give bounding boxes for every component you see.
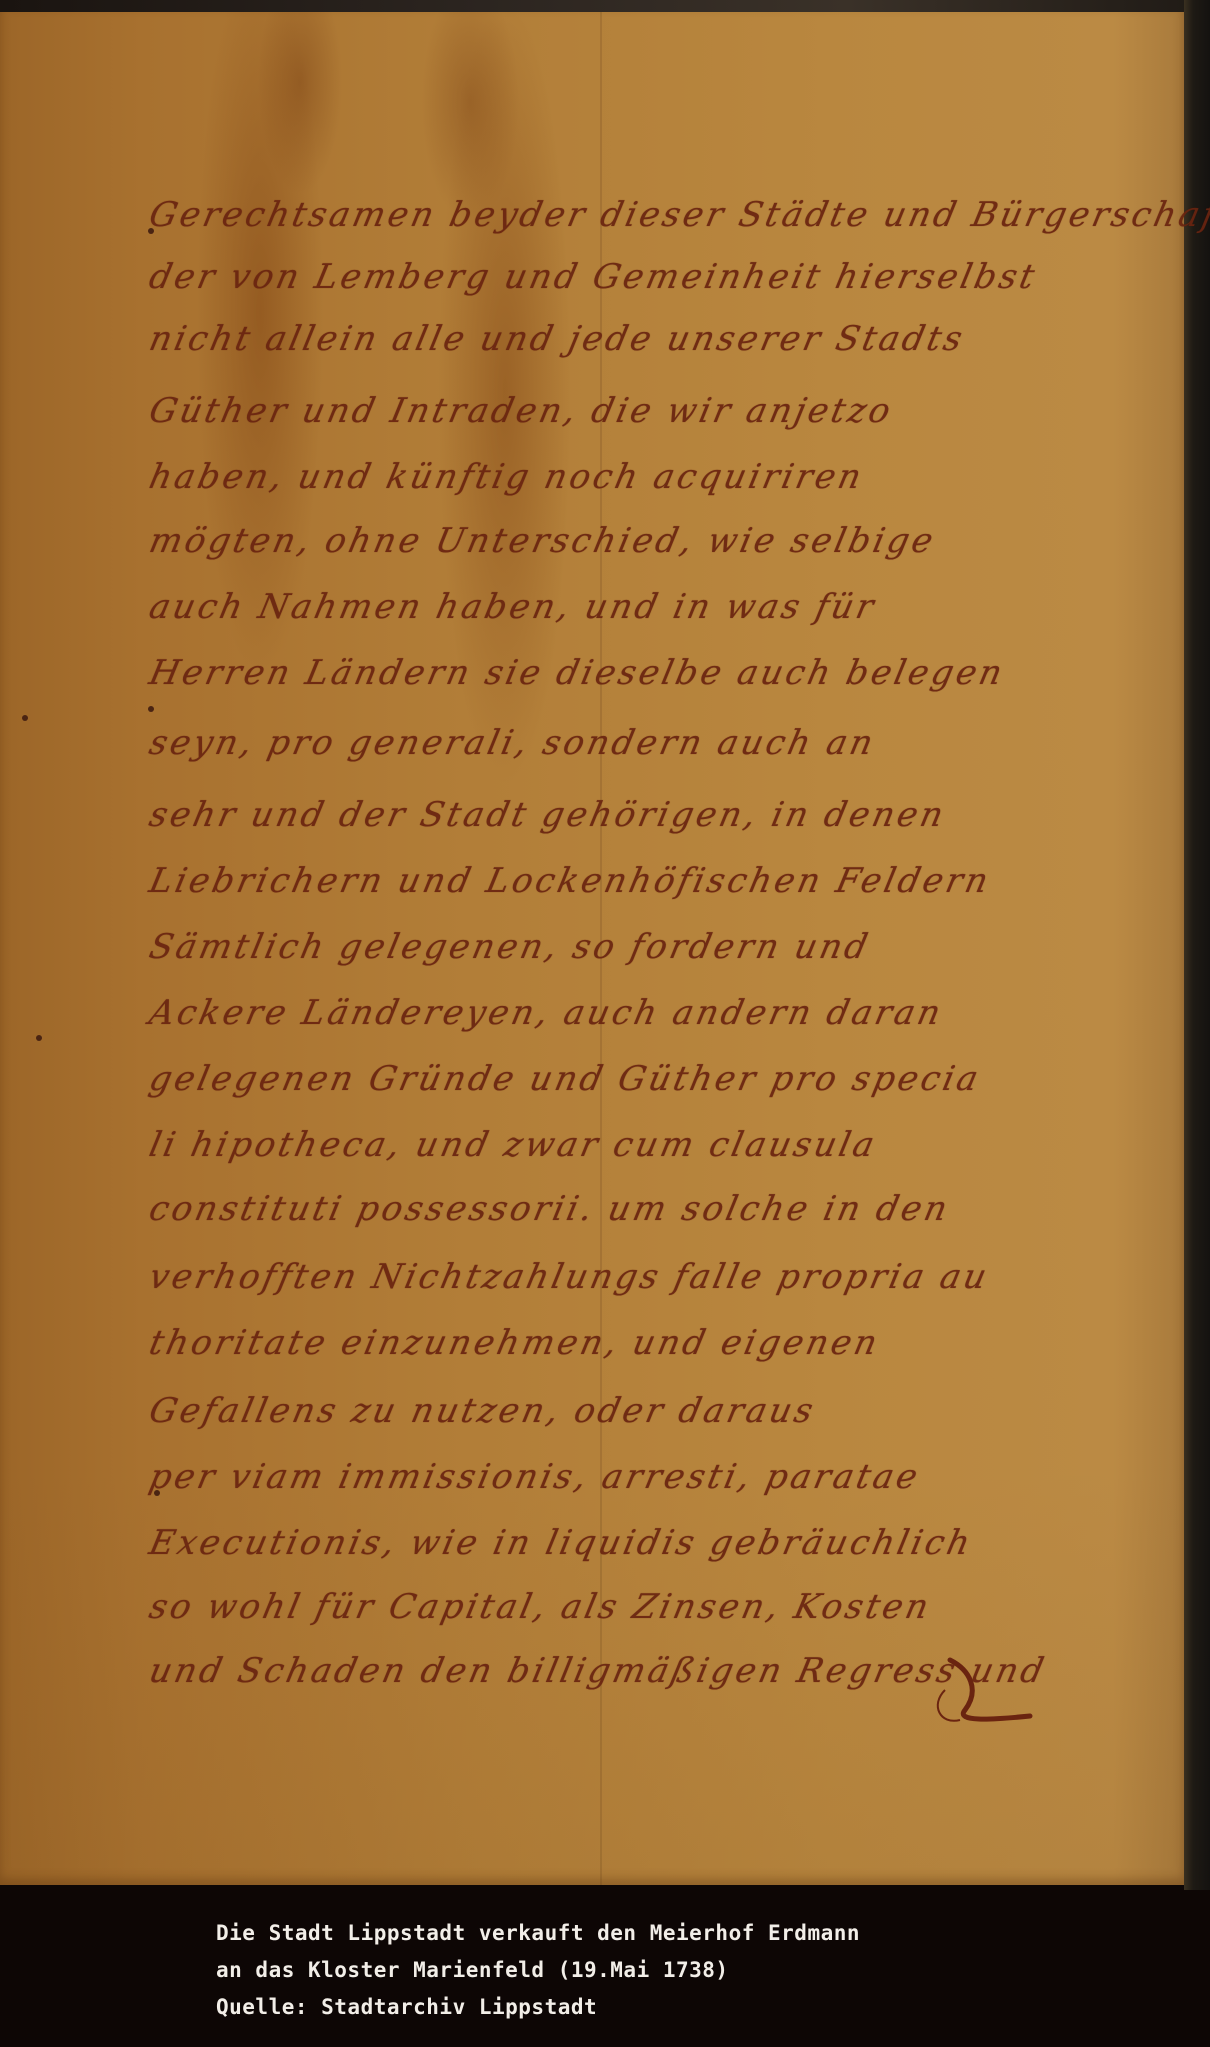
margin-dot (36, 1035, 42, 1041)
margin-dot (148, 706, 154, 712)
handwriting-line: haben, und künftig noch acquiriren (146, 457, 868, 497)
handwriting-line: verhofften Nichtzahlungs falle propria a… (146, 1257, 993, 1297)
handwriting-line: gelegenen Gründe und Güther pro specia (146, 1059, 985, 1099)
handwriting-line: so wohl für Capital, als Zinsen, Kosten (146, 1587, 935, 1627)
handwriting-line: mögten, ohne Unterschied, wie selbige (146, 521, 940, 561)
handwriting-line: thoritate einzunehmen, und eigenen (146, 1323, 884, 1363)
top-dark-edge (0, 0, 1210, 12)
caption-title-line-1: Die Stadt Lippstadt verkauft den Meierho… (216, 1915, 860, 1952)
handwriting-line: nicht allein alle und jede unserer Stadt… (146, 319, 969, 359)
handwriting-line: constituti possessorii. um solche in den (146, 1189, 954, 1229)
handwriting-line: der von Lemberg und Gemeinheit hierselbs… (146, 257, 1041, 297)
ink-flourish-icon (930, 1650, 1050, 1730)
handwriting-line: Gerechtsamen beyder dieser Städte und Bü… (146, 195, 1210, 235)
caption-source: Quelle: Stadtarchiv Lippstadt (216, 1989, 860, 2026)
handwriting-line: Gefallens zu nutzen, oder daraus (146, 1391, 820, 1431)
handwriting-line: Liebrichern und Lockenhöfischen Feldern (146, 861, 995, 901)
handwriting-line: Herren Ländern sie dieselbe auch belegen (146, 653, 1009, 693)
handwriting-line: und Schaden den billigmäßigen Regress un… (146, 1651, 1050, 1691)
handwriting-line: Executionis, wie in liquidis gebräuchlic… (146, 1523, 977, 1563)
margin-dot (22, 715, 28, 721)
handwriting-line: sehr und der Stadt gehörigen, in denen (146, 795, 950, 835)
handwriting-line: seyn, pro generali, sondern auch an (146, 723, 880, 763)
handwriting-line: li hipotheca, und zwar cum clausula (146, 1125, 881, 1165)
caption-title-line-2: an das Kloster Marienfeld (19.Mai 1738) (216, 1952, 860, 1989)
photo-caption: Die Stadt Lippstadt verkauft den Meierho… (216, 1915, 860, 2026)
right-dark-edge (1184, 0, 1210, 1890)
handwriting-line: Ackere Ländereyen, auch andern daran (146, 993, 947, 1033)
handwriting-line: auch Nahmen haben, und in was für (146, 587, 880, 627)
handwriting-line: Güther und Intraden, die wir anjetzo (146, 391, 897, 431)
handwriting-line: Sämtlich gelegenen, so fordern und (146, 927, 874, 967)
handwriting-line: per viam immissionis, arresti, paratae (146, 1457, 924, 1497)
